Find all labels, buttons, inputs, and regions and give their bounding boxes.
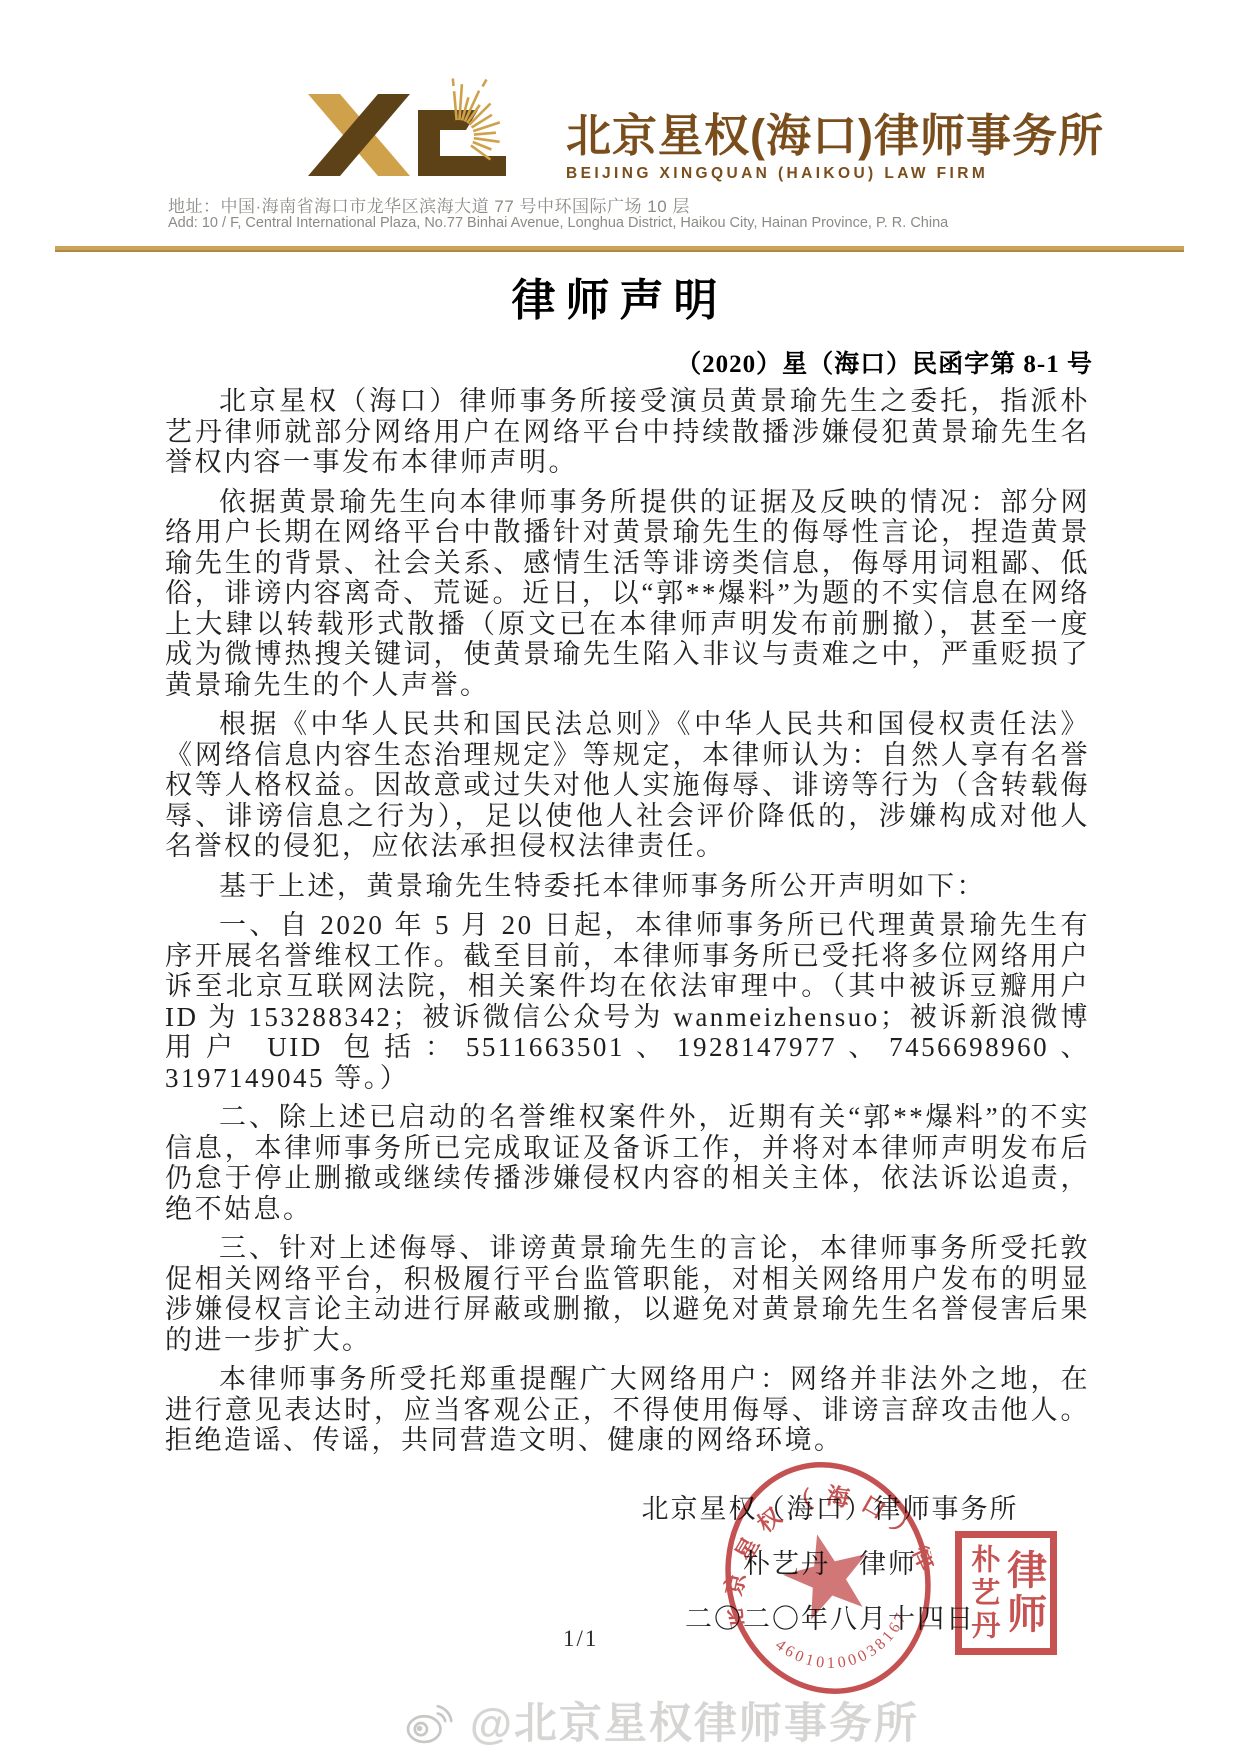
letter-page: 北京星权(海口)律师事务所 BEIJING XINGQUAN (HAIKOU) …	[0, 0, 1239, 1754]
logo-rays	[453, 79, 500, 160]
paragraph-facts: 依据黄景瑜先生向本律师事务所提供的证据及反映的情况：部分网络用户长期在网络平台中…	[165, 487, 1090, 701]
document-title: 律师声明	[0, 264, 1239, 328]
weibo-watermark: @北京星权律师事务所	[404, 1690, 919, 1751]
page-number: 1/1	[563, 1626, 598, 1652]
seal-star-icon	[776, 1524, 879, 1624]
paragraph-reminder: 本律师事务所受托郑重提醒广大网络用户：网络并非法外之地，在进行意见表达时，应当客…	[165, 1364, 1090, 1456]
document-ref-number: （2020）星（海口）民函字第 8-1 号	[165, 344, 1093, 380]
weibo-icon	[404, 1694, 458, 1748]
firm-round-seal: 北京星权（海口）律师事务所 46010100038167	[696, 1436, 960, 1720]
letterhead-divider	[55, 246, 1184, 252]
paragraph-intro: 北京星权（海口）律师事务所接受演员黄景瑜先生之委托，指派朴艺丹律师就部分网络用户…	[165, 386, 1090, 478]
statement-body: 北京星权（海口）律师事务所接受演员黄景瑜先生之委托，指派朴艺丹律师就部分网络用户…	[165, 386, 1090, 1465]
lawyer-square-seal: 朴艺丹 律师	[955, 1531, 1057, 1655]
firm-name-en: BEIJING XINGQUAN (HAIKOU) LAW FIRM	[566, 165, 1104, 183]
paragraph-item-1: 一、自 2020 年 5 月 20 日起，本律师事务所已代理黄景瑜先生有序开展名…	[165, 910, 1090, 1093]
lawyer-seal-name: 朴艺丹	[968, 1544, 997, 1643]
firm-name-block: 北京星权(海口)律师事务所 BEIJING XINGQUAN (HAIKOU) …	[566, 112, 1104, 183]
paragraph-item-3: 三、针对上述侮辱、诽谤黄景瑜先生的言论，本律师事务所受托敦促相关网络平台，积极履…	[165, 1233, 1090, 1355]
watermark-text: @北京星权律师事务所	[470, 1690, 919, 1751]
lawyer-seal-title: 律师	[1004, 1549, 1044, 1637]
xingquan-logo-icon	[300, 78, 556, 194]
address-line-en: Add: 10 / F, Central International Plaza…	[168, 215, 948, 231]
paragraph-item-2: 二、除上述已启动的名誉维权案件外，近期有关“郭**爆料”的不实信息，本律师事务所…	[165, 1102, 1090, 1224]
firm-name-cn: 北京星权(海口)律师事务所	[566, 112, 1104, 159]
address-line-cn: 地址：中国·海南省海口市龙华区滨海大道 77 号中环国际广场 10 层	[168, 192, 690, 217]
paragraph-legal-basis: 根据《中华人民共和国民法总则》《中华人民共和国侵权责任法》《网络信息内容生态治理…	[165, 709, 1090, 862]
paragraph-declaration-lead: 基于上述，黄景瑜先生特委托本律师事务所公开声明如下：	[165, 871, 1090, 902]
seal-number: 46010100038167	[769, 1605, 920, 1687]
